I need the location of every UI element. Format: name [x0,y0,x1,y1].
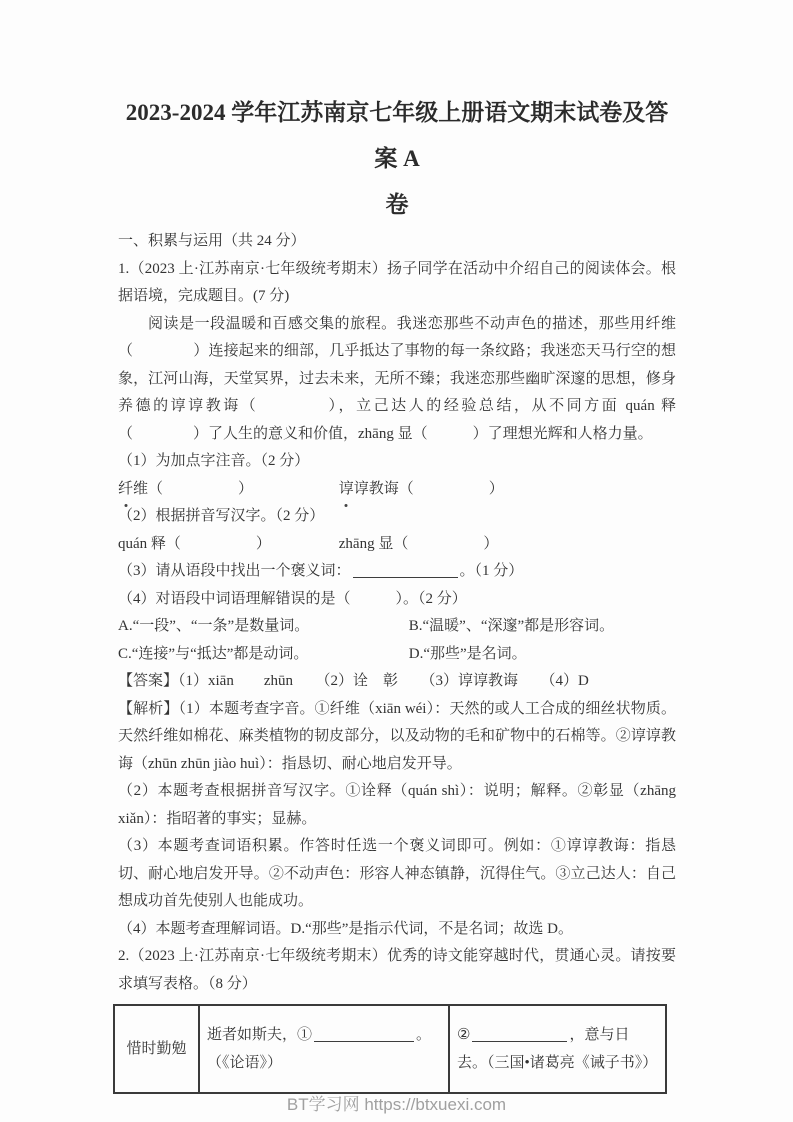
pinyin-blank-xianwei: 纤维（ ） [118,476,335,504]
q1-sub1-label: （1）为加点字注音。（2 分） [118,448,676,476]
footer-watermark: BT学习网 https://btxuexi.com [0,1094,793,1116]
q1-options-row-cd: C.“连接”与“抵达”都是动词。 D.“那些”是名词。 [118,641,676,669]
blank-text: 谆教诲（ ） [354,481,504,497]
table-cell-category: 惜时勤勉 [114,1005,199,1093]
section-heading: 一、积累与运用（共 24 分） [118,228,676,256]
q1-analysis-3: （3）本题考查词语积累。作答时任选一个褒义词即可。例如：①谆谆教诲：指恳切、耐心… [118,833,676,916]
dotted-character: 纤 [118,476,133,504]
question-1-passage: 阅读是一段温暖和百感交集的旅程。我迷恋那些不动声色的描述，那些用纤维（ ）连接起… [118,311,676,449]
q2-fill-table: 惜时勤勉 逝者如斯夫，①。 （《论语》） ②，意与日去。（三国•诸葛亮《诫子书》… [113,1004,667,1094]
q1-analysis-2: （2）本题考查根据拼音写汉字。①诠释（quán shì）：说明；解释。②彰显（z… [118,778,676,833]
hanzi-blank-zhangxian: zhāng 显（ ） [339,536,499,552]
page-title-line2: 卷 [118,182,676,228]
question-1-intro: 1.（2023 上·江苏南京·七年级统考期末）扬子同学在活动中介绍自己的阅读体会… [118,256,676,311]
pinyin-blank-zhunzhun: 谆谆教诲（ ） [339,481,504,497]
document-content: 2023-2024 学年江苏南京七年级上册语文期末试卷及答案 A 卷 一、积累与… [0,0,793,1094]
dotted-character: 谆 [339,476,354,504]
cell3-number: ② [457,1027,470,1043]
q1-sub4-label: （4）对语段中词语理解错误的是（ ）。（2 分） [118,586,676,614]
q1-sub3-text-before: （3）请从语段中找出一个褒义词： [118,563,351,579]
table-cell-jiezishu: ②，意与日去。（三国•诸葛亮《诫子书》） [449,1005,666,1093]
page-title-line1: 2023-2024 学年江苏南京七年级上册语文期末试卷及答案 A [118,90,676,182]
option-c: C.“连接”与“抵达”都是动词。 [118,641,405,669]
hanzi-blank-quanshi: quán 释（ ） [118,531,335,559]
q1-analysis-4: （4）本题考查理解词语。D.“那些”是指示代词，不是名词；故选 D。 [118,916,676,944]
q1-sub3-line: （3）请从语段中找出一个褒义词：。（1 分） [118,558,676,586]
table-cell-lunyu: 逝者如斯夫，①。 （《论语》） [199,1005,449,1093]
answer-blank-underline [314,1028,414,1042]
q1-answer-line: 【答案】（1）xiān zhūn （2）诠 彰 （3）谆谆教诲 （4）D [118,668,676,696]
q1-pinyin-blank-row: 纤维（ ） 谆谆教诲（ ） [118,476,676,504]
option-b: B.“温暖”、“深邃”都是形容词。 [409,618,614,634]
q1-sub3-text-after: 。（1 分） [460,563,524,579]
q1-analysis-1: 【解析】（1）本题考查字音。①纤维（xiān wéi）：天然的或人工合成的细丝状… [118,696,676,779]
option-a: A.“一段”、“一条”是数量词。 [118,613,405,641]
option-d: D.“那些”是名词。 [409,646,527,662]
blank-text: 维（ ） [133,481,253,497]
answer-blank-underline [353,564,458,578]
document-page: 2023-2024 学年江苏南京七年级上册语文期末试卷及答案 A 卷 一、积累与… [0,0,793,1122]
q1-sub2-label: （2）根据拼音写汉字。（2 分） [118,503,676,531]
table-row: 惜时勤勉 逝者如斯夫，①。 （《论语》） ②，意与日去。（三国•诸葛亮《诫子书》… [114,1005,666,1093]
answer-blank-underline [472,1028,567,1042]
cell2-text-before: 逝者如斯夫，① [207,1027,312,1043]
page-title: 2023-2024 学年江苏南京七年级上册语文期末试卷及答案 A 卷 [118,0,676,228]
question-2-intro: 2.（2023 上·江苏南京·七年级统考期末）优秀的诗文能穿越时代，贯通心灵。请… [118,943,676,998]
q1-options-row-ab: A.“一段”、“一条”是数量词。 B.“温暖”、“深邃”都是形容词。 [118,613,676,641]
q1-hanzi-blank-row: quán 释（ ） zhāng 显（ ） [118,531,676,559]
cell2-text-after: 。 [416,1027,431,1043]
cell2-source: （《论语》） [207,1055,282,1071]
